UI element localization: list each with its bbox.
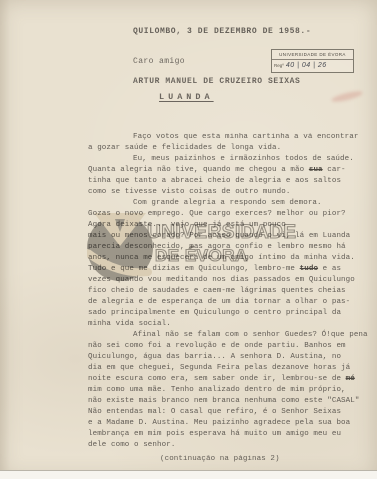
body-line: lembrança em mim pois esperava há muito … — [88, 429, 366, 440]
body-line: a gozar saúde e felicidades de longa vid… — [88, 143, 366, 154]
body-line: sado principalmente em Quiculungo o cent… — [88, 308, 366, 319]
body-line: Faço votos que esta minha cartinha a vá … — [88, 132, 366, 143]
registry-stamp-number: 40 | 04 | 26 — [286, 62, 327, 69]
recipient-city: LUANDA — [159, 92, 214, 102]
body-line: não existe mais branco nem branca nenhum… — [88, 396, 366, 407]
registry-stamp-label: Regº — [274, 63, 284, 68]
scan-edge-shade — [0, 0, 10, 479]
body-line: parecia desconhecido, mas agora confio e… — [88, 242, 366, 253]
body-line: Gozas o novo emprego. Que cargo exerces?… — [88, 209, 366, 220]
salutation: Caro amigo — [133, 57, 185, 66]
registry-stamp: UNIVERSIDADE DE ÉVORA Regº 40 | 04 | 26 — [271, 49, 354, 73]
body-line: de alegria e de esperança de um dia torn… — [88, 297, 366, 308]
body-line: dele como o senhor. — [88, 440, 366, 451]
body-line: e a Madame D. Austina. Meu paizinho agra… — [88, 418, 366, 429]
registry-stamp-title: UNIVERSIDADE DE ÉVORA — [272, 50, 353, 60]
body-line: anos, nunca me esquecerá de um amigo ínt… — [88, 253, 366, 264]
body-line: Com grande alegria a respondo sem demora… — [88, 198, 366, 209]
body-line: minha vida social. — [88, 319, 366, 330]
scan-bottom-edge — [0, 470, 377, 479]
scanned-letter-page: QUILOMBO, 3 DE DEZEMBRO DE 1958.- UNIVER… — [0, 0, 377, 479]
date-line: QUILOMBO, 3 DE DEZEMBRO DE 1958.- — [133, 27, 311, 36]
body-line: Eu, meus paizinhos e irmãozinhos todos d… — [88, 154, 366, 165]
body-line: Quiculungo, água das barria... A senhora… — [88, 352, 366, 363]
body-line: Agora deixaste... vejo que já está um po… — [88, 220, 366, 231]
body-line: Quanta alegria não tive, quando me chego… — [88, 165, 366, 176]
body-line: noite escura como era, sem saber onde ir… — [88, 374, 366, 385]
body-line: dia em que cheguei, Segunda Feira pelas … — [88, 363, 366, 374]
body-line: Tudo e que me dizias em Quiculungo, lemb… — [88, 264, 366, 275]
body-line: mim como uma mãe. Tenho analizado dentro… — [88, 385, 366, 396]
red-ink-smudge — [331, 89, 364, 104]
body-line: fico cheio de saudades e caem-me lágrima… — [88, 286, 366, 297]
continuation-note: (continuação na páginas 2) — [160, 455, 280, 463]
body-line: como se tivesse visto coisas de outro mu… — [88, 187, 366, 198]
body-line: mais ou menos corado? Por acaso quando o… — [88, 231, 366, 242]
body-line: tinha que tanto a abracei cheio de alegr… — [88, 176, 366, 187]
body-line: vezes quando vou meditando nos dias pass… — [88, 275, 366, 286]
letter-body: Faço votos que esta minha cartinha a vá … — [88, 132, 366, 451]
body-line: Não entendas mal: O casal que refiro, é … — [88, 407, 366, 418]
registry-stamp-entry: Regº 40 | 04 | 26 — [272, 60, 353, 71]
body-line: não sei como foi a revolução e de onde p… — [88, 341, 366, 352]
body-line: Afinal não se falam com o senhor Guedes?… — [88, 330, 366, 341]
recipient-name: ARTUR MANUEL DE CRUZEIRO SEIXAS — [133, 77, 300, 86]
